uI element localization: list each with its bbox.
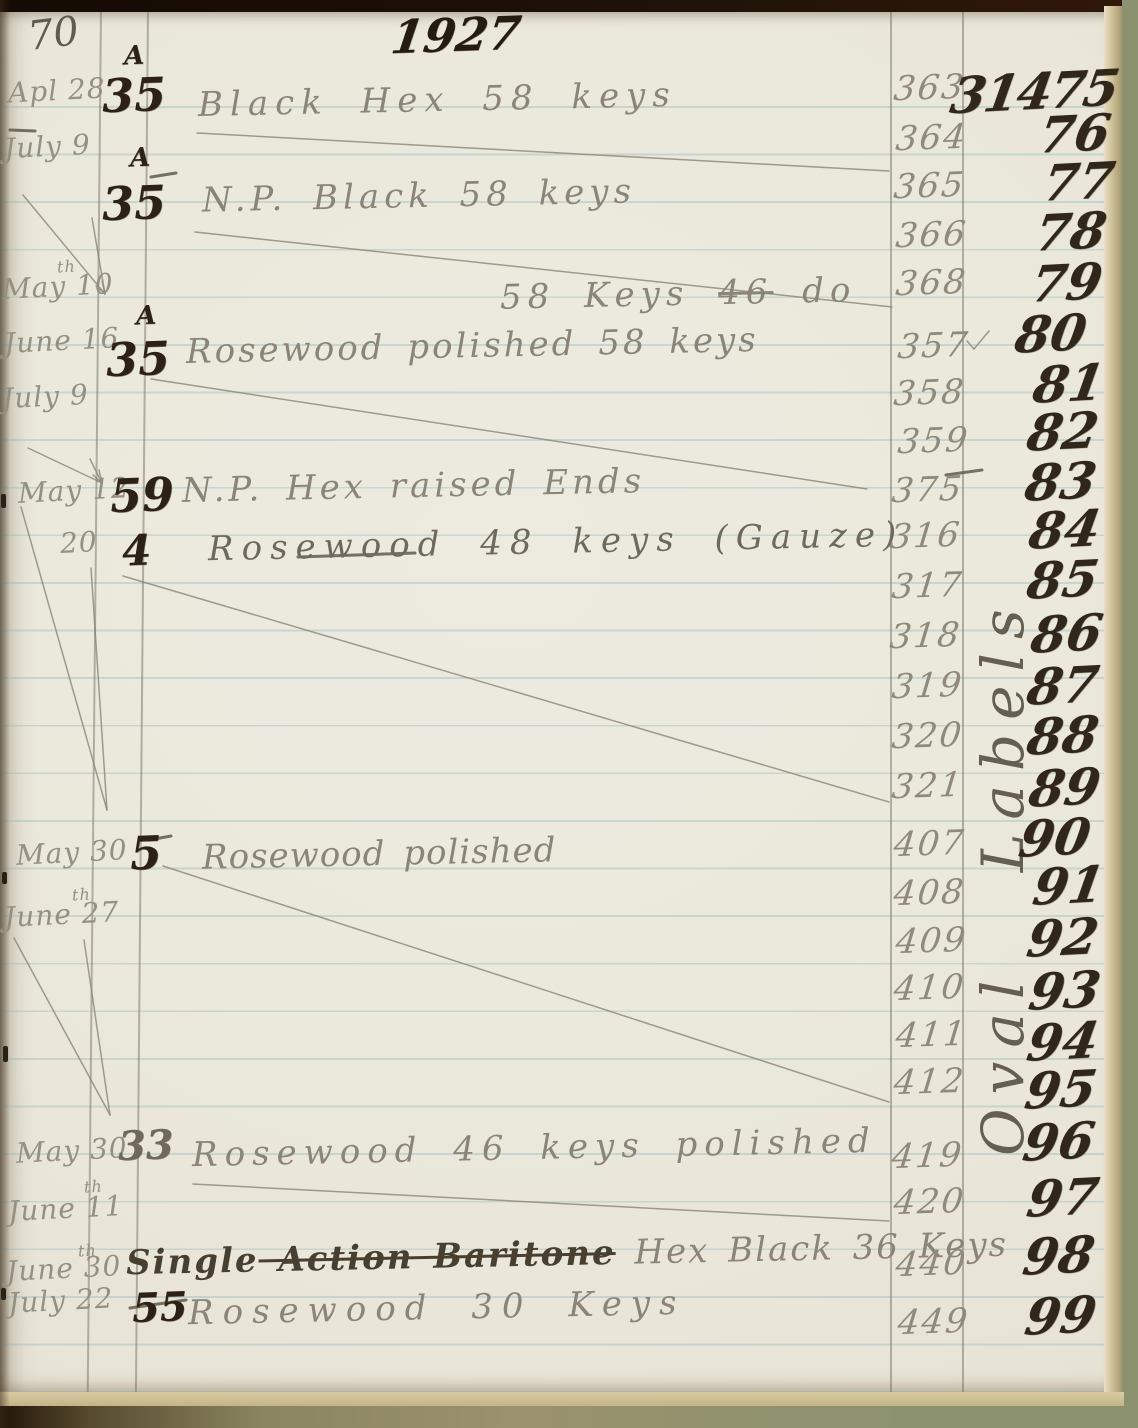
serial-number: 368 [894,264,969,304]
serial-number: 365 [892,167,967,207]
serial-number: 316 [888,517,963,557]
ledger-number: 92 [1023,908,1102,967]
date-entry: July 22 [7,1283,114,1319]
model-number: A [130,144,151,173]
binding-stitch [2,872,7,884]
serial-number: 375 [890,471,965,511]
model-number: 59 [109,469,175,522]
serial-number: 411 [894,1016,969,1056]
model-number: 4 [121,528,152,575]
binding-stitch [1,494,6,508]
description-text-segment: Rosewood polished [202,830,557,877]
serial-number: 358 [892,374,967,414]
ledger-page-photo: 70 1927 Oval Labels Apl 28July 9thMay 10… [0,0,1138,1428]
model-number: 35 [101,177,167,230]
serial-number: 412 [892,1063,967,1103]
description-text-segment: Baritone [413,1233,616,1277]
model-number: A [136,302,157,331]
serial-number: 410 [892,969,967,1009]
serial-number: 319 [890,667,965,707]
description-text-segment: Action [258,1237,414,1280]
model-number: 35 [105,333,171,386]
description-text-segment: Single [126,1240,259,1283]
date-entry: June 16 [3,323,120,360]
date-entry: June 11 [7,1191,124,1228]
description-text: Rosewood polished [202,832,557,877]
serial-number: 320 [890,717,965,757]
photo-background-bottom [0,1406,1138,1428]
serial-number: 359 [896,422,971,462]
date-entry: May 10 [1,269,114,306]
serial-number: 407 [892,825,967,865]
serial-number: 321 [890,767,965,807]
serial-number: 366 [894,216,969,256]
year-heading: 1927 [388,8,524,63]
description-text-segment: do [773,270,857,312]
ledger-number: 85 [1023,550,1102,609]
model-number: 5 [129,827,163,879]
serial-number: 364 [894,119,969,159]
folio-number: 70 [26,9,82,59]
ledger-number: 97 [1023,1168,1102,1227]
date-entry: July 9 [1,380,89,415]
date-entry: May 30 [15,1133,128,1170]
description-text-segment: 58 Keys [500,273,719,318]
binding-stitch [3,1046,8,1062]
description-text-segment: 46 [718,272,774,313]
date-entry: June 27 [3,897,120,934]
binding-stitch [1,1288,6,1300]
model-number: 33 [117,1123,174,1169]
serial-number: 440 [894,1245,969,1285]
date-entry: Apl 28 [7,73,106,109]
model-number: A [124,42,145,71]
serial-number: 419 [890,1137,965,1177]
date-entry: July 9 [3,130,91,165]
model-number: 35 [101,69,167,122]
photo-background-right [1122,0,1138,1428]
ledger-number: 96 [1019,1112,1098,1171]
serial-number: 408 [892,874,967,914]
description-text: 58 Keys 46 do [500,272,857,317]
serial-number: 409 [894,922,969,962]
serial-number: 317 [890,567,965,607]
serial-number: 449 [896,1303,971,1343]
model-number: 55 [131,1285,188,1331]
ledger-number: 99 [1021,1286,1100,1345]
serial-number: 420 [892,1183,967,1223]
ledger-number: 98 [1019,1226,1098,1285]
date-entry: 20 [59,527,98,560]
serial-number: 318 [888,617,963,657]
date-entry: May 30 [15,835,128,872]
photo-background-top [0,0,1138,12]
serial-number: 357 [896,327,971,367]
